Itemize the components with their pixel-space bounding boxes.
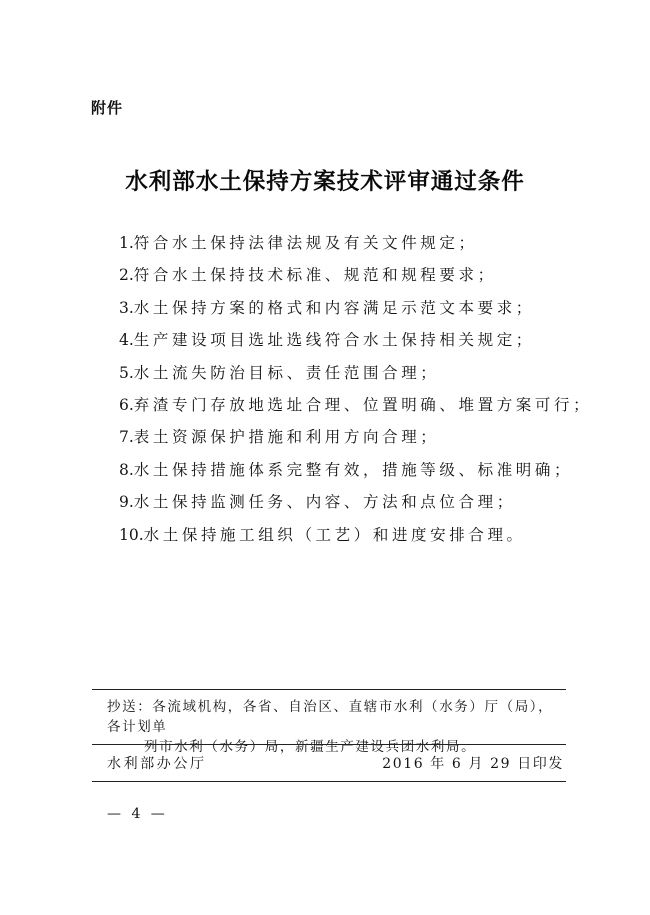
footer-bottom-rule bbox=[92, 781, 566, 782]
requirement-item: 6.弃渣专门存放地选址合理、位置明确、堆置方案可行； bbox=[119, 392, 592, 424]
requirement-text: 符合水土保持法律法规及有关文件规定； bbox=[134, 234, 478, 252]
requirement-item: 8.水土保持措施体系完整有效，措施等级、标准明确； bbox=[119, 457, 592, 489]
requirement-text: 符合水土保持技术标准、规范和规程要求； bbox=[134, 266, 497, 284]
requirement-item: 4.生产建设项目选址选线符合水土保持相关规定； bbox=[119, 327, 592, 359]
requirement-text: 水土保持监测任务、内容、方法和点位合理； bbox=[134, 493, 516, 511]
requirement-item: 7.表土资源保护措施和利用方向合理； bbox=[119, 424, 592, 456]
document-page: 附件 水利部水土保持方案技术评审通过条件 1.符合水土保持法律法规及有关文件规定… bbox=[0, 0, 650, 915]
requirement-item: 5.水土流失防治目标、责任范围合理； bbox=[119, 360, 592, 392]
issue-date: 2016 年 6 月 29 日印发 bbox=[382, 753, 564, 773]
issuer-name: 水利部办公厅 bbox=[107, 753, 207, 773]
requirement-text: 水土流失防治目标、责任范围合理； bbox=[134, 364, 440, 382]
page-number: — 4 — bbox=[107, 806, 168, 822]
requirement-text: 生产建设项目选址选线符合水土保持相关规定； bbox=[134, 331, 535, 349]
cc-line-1: 抄送：各流域机构，各省、自治区、直辖市水利（水务）厅（局），各计划单 bbox=[107, 697, 567, 737]
requirement-item: 1.符合水土保持法律法规及有关文件规定； bbox=[119, 230, 592, 262]
requirement-item: 10.水土保持施工组织（工艺）和进度安排合理。 bbox=[119, 522, 592, 554]
requirement-number: 1. bbox=[119, 234, 134, 252]
requirement-text: 水土保持施工组织（工艺）和进度安排合理。 bbox=[144, 526, 526, 544]
requirements-list: 1.符合水土保持法律法规及有关文件规定； 2.符合水土保持技术标准、规范和规程要… bbox=[119, 230, 592, 554]
requirement-text: 水土保持方案的格式和内容满足示范文本要求； bbox=[134, 299, 535, 317]
requirement-number: 4. bbox=[119, 331, 134, 349]
requirement-number: 6. bbox=[119, 396, 134, 414]
requirement-number: 10. bbox=[119, 526, 144, 544]
requirement-number: 8. bbox=[119, 461, 134, 479]
attachment-label: 附件 bbox=[91, 97, 123, 118]
requirement-number: 5. bbox=[119, 364, 134, 382]
requirement-item: 9.水土保持监测任务、内容、方法和点位合理； bbox=[119, 489, 592, 521]
requirement-text: 弃渣专门存放地选址合理、位置明确、堆置方案可行； bbox=[134, 396, 592, 414]
requirement-item: 3.水土保持方案的格式和内容满足示范文本要求； bbox=[119, 295, 592, 327]
document-title: 水利部水土保持方案技术评审通过条件 bbox=[0, 164, 650, 196]
requirement-number: 3. bbox=[119, 299, 134, 317]
requirement-text: 水土保持措施体系完整有效，措施等级、标准明确； bbox=[134, 461, 573, 479]
requirement-number: 7. bbox=[119, 428, 134, 446]
cc-top-rule bbox=[92, 689, 566, 690]
cc-distribution: 抄送：各流域机构，各省、自治区、直辖市水利（水务）厅（局），各计划单 列市水利（… bbox=[107, 697, 567, 757]
requirement-number: 2. bbox=[119, 266, 134, 284]
cc-middle-rule bbox=[92, 744, 566, 745]
requirement-text: 表土资源保护措施和利用方向合理； bbox=[134, 428, 440, 446]
requirement-number: 9. bbox=[119, 493, 134, 511]
requirement-item: 2.符合水土保持技术标准、规范和规程要求； bbox=[119, 262, 592, 294]
